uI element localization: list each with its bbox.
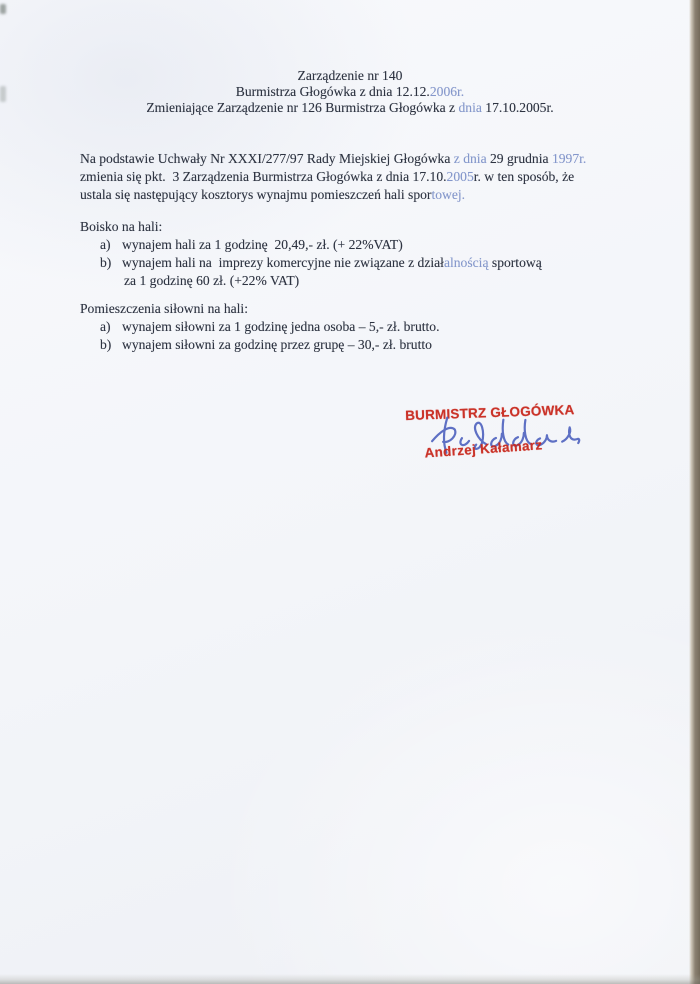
list-item: b)wynajem siłowni za godzinę przez grupę… <box>100 336 440 354</box>
section-silownia: Pomieszczenia siłowni na hali: a)wynajem… <box>80 300 440 354</box>
text-line: Zarządzenie nr 140 <box>0 68 700 84</box>
official-stamp: BURMISTRZ GŁOGÓWKA Andrzej Kałamarz <box>399 400 591 477</box>
text-line: wynajem hali na imprezy komercyjne nie z… <box>122 254 542 272</box>
text-line: za 1 godzinę 60 zł. (+22% VAT) <box>122 272 542 290</box>
scan-edge-right <box>689 0 700 984</box>
text-line: wynajem hali za 1 godzinę 20,49,- zł. (+… <box>122 236 403 254</box>
section-header: Boisko na hali: <box>80 218 542 236</box>
text-line: ustala się następujący kosztorys wynajmu… <box>80 186 620 204</box>
section-header: Pomieszczenia siłowni na hali: <box>80 300 440 318</box>
section-list: a)wynajem siłowni za 1 godzinę jedna oso… <box>80 318 440 354</box>
text-line: wynajem siłowni za godzinę przez grupę –… <box>122 336 432 354</box>
text-line: Zmieniające Zarządzenie nr 126 Burmistrz… <box>0 100 700 116</box>
scan-artifact <box>0 4 6 14</box>
list-item: a)wynajem siłowni za 1 godzinę jedna oso… <box>100 318 440 336</box>
section-boisko: Boisko na hali: a)wynajem hali za 1 godz… <box>80 218 542 290</box>
scan-edge-bottom <box>0 974 700 984</box>
text-line: Burmistrza Głogówka z dnia 12.12.2006r. <box>0 84 700 100</box>
list-item: b)wynajem hali na imprezy komercyjne nie… <box>100 254 542 290</box>
list-item: a)wynajem hali za 1 godzinę 20,49,- zł. … <box>100 236 542 254</box>
list-marker: a) <box>100 318 122 336</box>
scanned-document-page: Zarządzenie nr 140Burmistrza Głogówka z … <box>0 0 700 984</box>
list-marker: a) <box>100 236 122 254</box>
text-line: Na podstawie Uchwały Nr XXXI/277/97 Rady… <box>80 150 620 168</box>
text-line: wynajem siłowni za 1 godzinę jedna osoba… <box>122 318 440 336</box>
list-marker: b) <box>100 254 122 290</box>
intro-paragraph: Na podstawie Uchwały Nr XXXI/277/97 Rady… <box>80 150 620 204</box>
text-line: zmienia się pkt. 3 Zarządzenia Burmistrz… <box>80 168 620 186</box>
section-list: a)wynajem hali za 1 godzinę 20,49,- zł. … <box>80 236 542 290</box>
document-title: Zarządzenie nr 140Burmistrza Głogówka z … <box>0 68 700 116</box>
list-marker: b) <box>100 336 122 354</box>
